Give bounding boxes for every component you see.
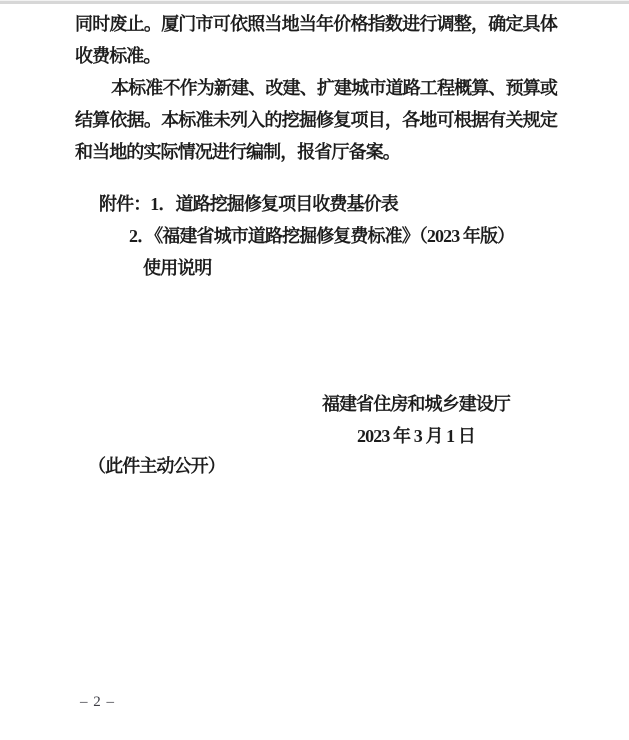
page-number: – 2 –: [80, 692, 115, 712]
body-paragraph-standard-scope: 本标准不作为新建、改建、扩建城市道路工程概算、预算或结算依据。本标准未列入的挖掘…: [75, 72, 557, 168]
attachment-item-1: 附件：1．道路挖掘修复项目收费基价表: [75, 188, 557, 220]
attachment-item-2: 2．《福建省城市道路挖掘修复费标准》（2023 年版）: [75, 220, 557, 252]
signature-date: 2023 年 3 月 1 日: [277, 420, 555, 452]
signature-block: 福建省住房和城乡建设厅 2023 年 3 月 1 日: [277, 388, 555, 452]
document-page: 同时废止。厦门市可依照当地当年价格指数进行调整，确定具体收费标准。 本标准不作为…: [0, 0, 629, 740]
attachment-item-2-continuation: 使用说明: [75, 252, 557, 284]
disclosure-note: （此件主动公开）: [88, 450, 557, 482]
document-content: 同时废止。厦门市可依照当地当年价格指数进行调整，确定具体收费标准。 本标准不作为…: [0, 0, 629, 482]
attachments-list: 附件：1．道路挖掘修复项目收费基价表 2．《福建省城市道路挖掘修复费标准》（20…: [75, 188, 557, 284]
body-paragraph-continuation: 同时废止。厦门市可依照当地当年价格指数进行调整，确定具体收费标准。: [75, 8, 557, 72]
signature-organization: 福建省住房和城乡建设厅: [277, 388, 555, 420]
